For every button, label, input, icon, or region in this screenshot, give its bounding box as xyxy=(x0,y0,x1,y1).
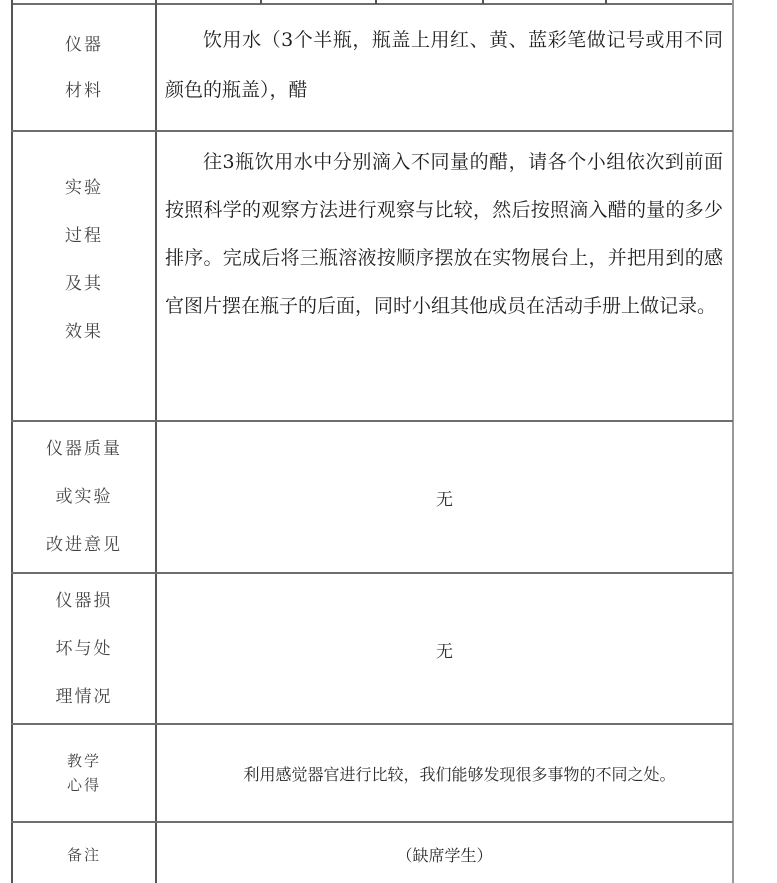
row-content-notes: （缺席学生） xyxy=(157,823,732,883)
row-content-damage: 无 xyxy=(157,574,732,724)
label-line: 材料 xyxy=(65,68,103,114)
label-line: 教学 xyxy=(67,749,101,773)
label-line: 坏与处 xyxy=(56,625,113,673)
row-label-materials: 仪器 材料 xyxy=(13,5,155,130)
top-row-divider xyxy=(605,0,607,4)
label-line: 仪器质量 xyxy=(46,425,122,473)
label-line: 效果 xyxy=(65,308,103,356)
row-label-quality: 仪器质量 或实验 改进意见 xyxy=(13,422,155,572)
label-line: 心得 xyxy=(67,773,101,797)
notes-text: （缺席学生） xyxy=(396,843,492,866)
row-label-notes: 备注 xyxy=(13,823,155,883)
label-line: 实验 xyxy=(65,164,103,212)
quality-text: 无 xyxy=(436,485,453,510)
label-line: 仪器 xyxy=(65,22,103,68)
table-right-border xyxy=(732,0,734,883)
materials-text: 饮用水（3个半瓶，瓶盖上用红、黄、蓝彩笔做记号或用不同颜色的瓶盖），醋 xyxy=(165,15,723,115)
label-line: 理情况 xyxy=(56,673,113,721)
label-line: 仪器损 xyxy=(56,577,113,625)
experiment-record-table: 仪器 材料 饮用水（3个半瓶，瓶盖上用红、黄、蓝彩笔做记号或用不同颜色的瓶盖），… xyxy=(0,0,777,883)
reflection-text: 利用感觉器官进行比较，我们能够发现很多事物的不同之处。 xyxy=(243,762,675,785)
top-row-divider xyxy=(260,0,262,4)
row-border xyxy=(11,130,733,132)
row-content-process: 往3瓶饮用水中分别滴入不同量的醋，请各个小组依次到前面按照科学的观察方法进行观察… xyxy=(165,138,723,388)
label-line: 或实验 xyxy=(56,473,113,521)
label-line: 改进意见 xyxy=(46,521,122,569)
row-label-damage: 仪器损 坏与处 理情况 xyxy=(13,574,155,724)
row-content-quality: 无 xyxy=(157,422,732,572)
label-line: 备注 xyxy=(67,844,101,865)
top-row-divider xyxy=(375,0,377,4)
row-label-reflection: 教学 心得 xyxy=(13,725,155,821)
row-content-reflection: 利用感觉器官进行比较，我们能够发现很多事物的不同之处。 xyxy=(157,725,732,821)
label-line: 过程 xyxy=(65,212,103,260)
row-content-materials: 饮用水（3个半瓶，瓶盖上用红、黄、蓝彩笔做记号或用不同颜色的瓶盖），醋 xyxy=(165,15,723,125)
row-label-process: 实验 过程 及其 效果 xyxy=(13,140,155,380)
label-line: 及其 xyxy=(65,260,103,308)
damage-text: 无 xyxy=(436,637,453,662)
process-text: 往3瓶饮用水中分别滴入不同量的醋，请各个小组依次到前面按照科学的观察方法进行观察… xyxy=(165,138,723,330)
top-row-divider xyxy=(482,0,484,4)
